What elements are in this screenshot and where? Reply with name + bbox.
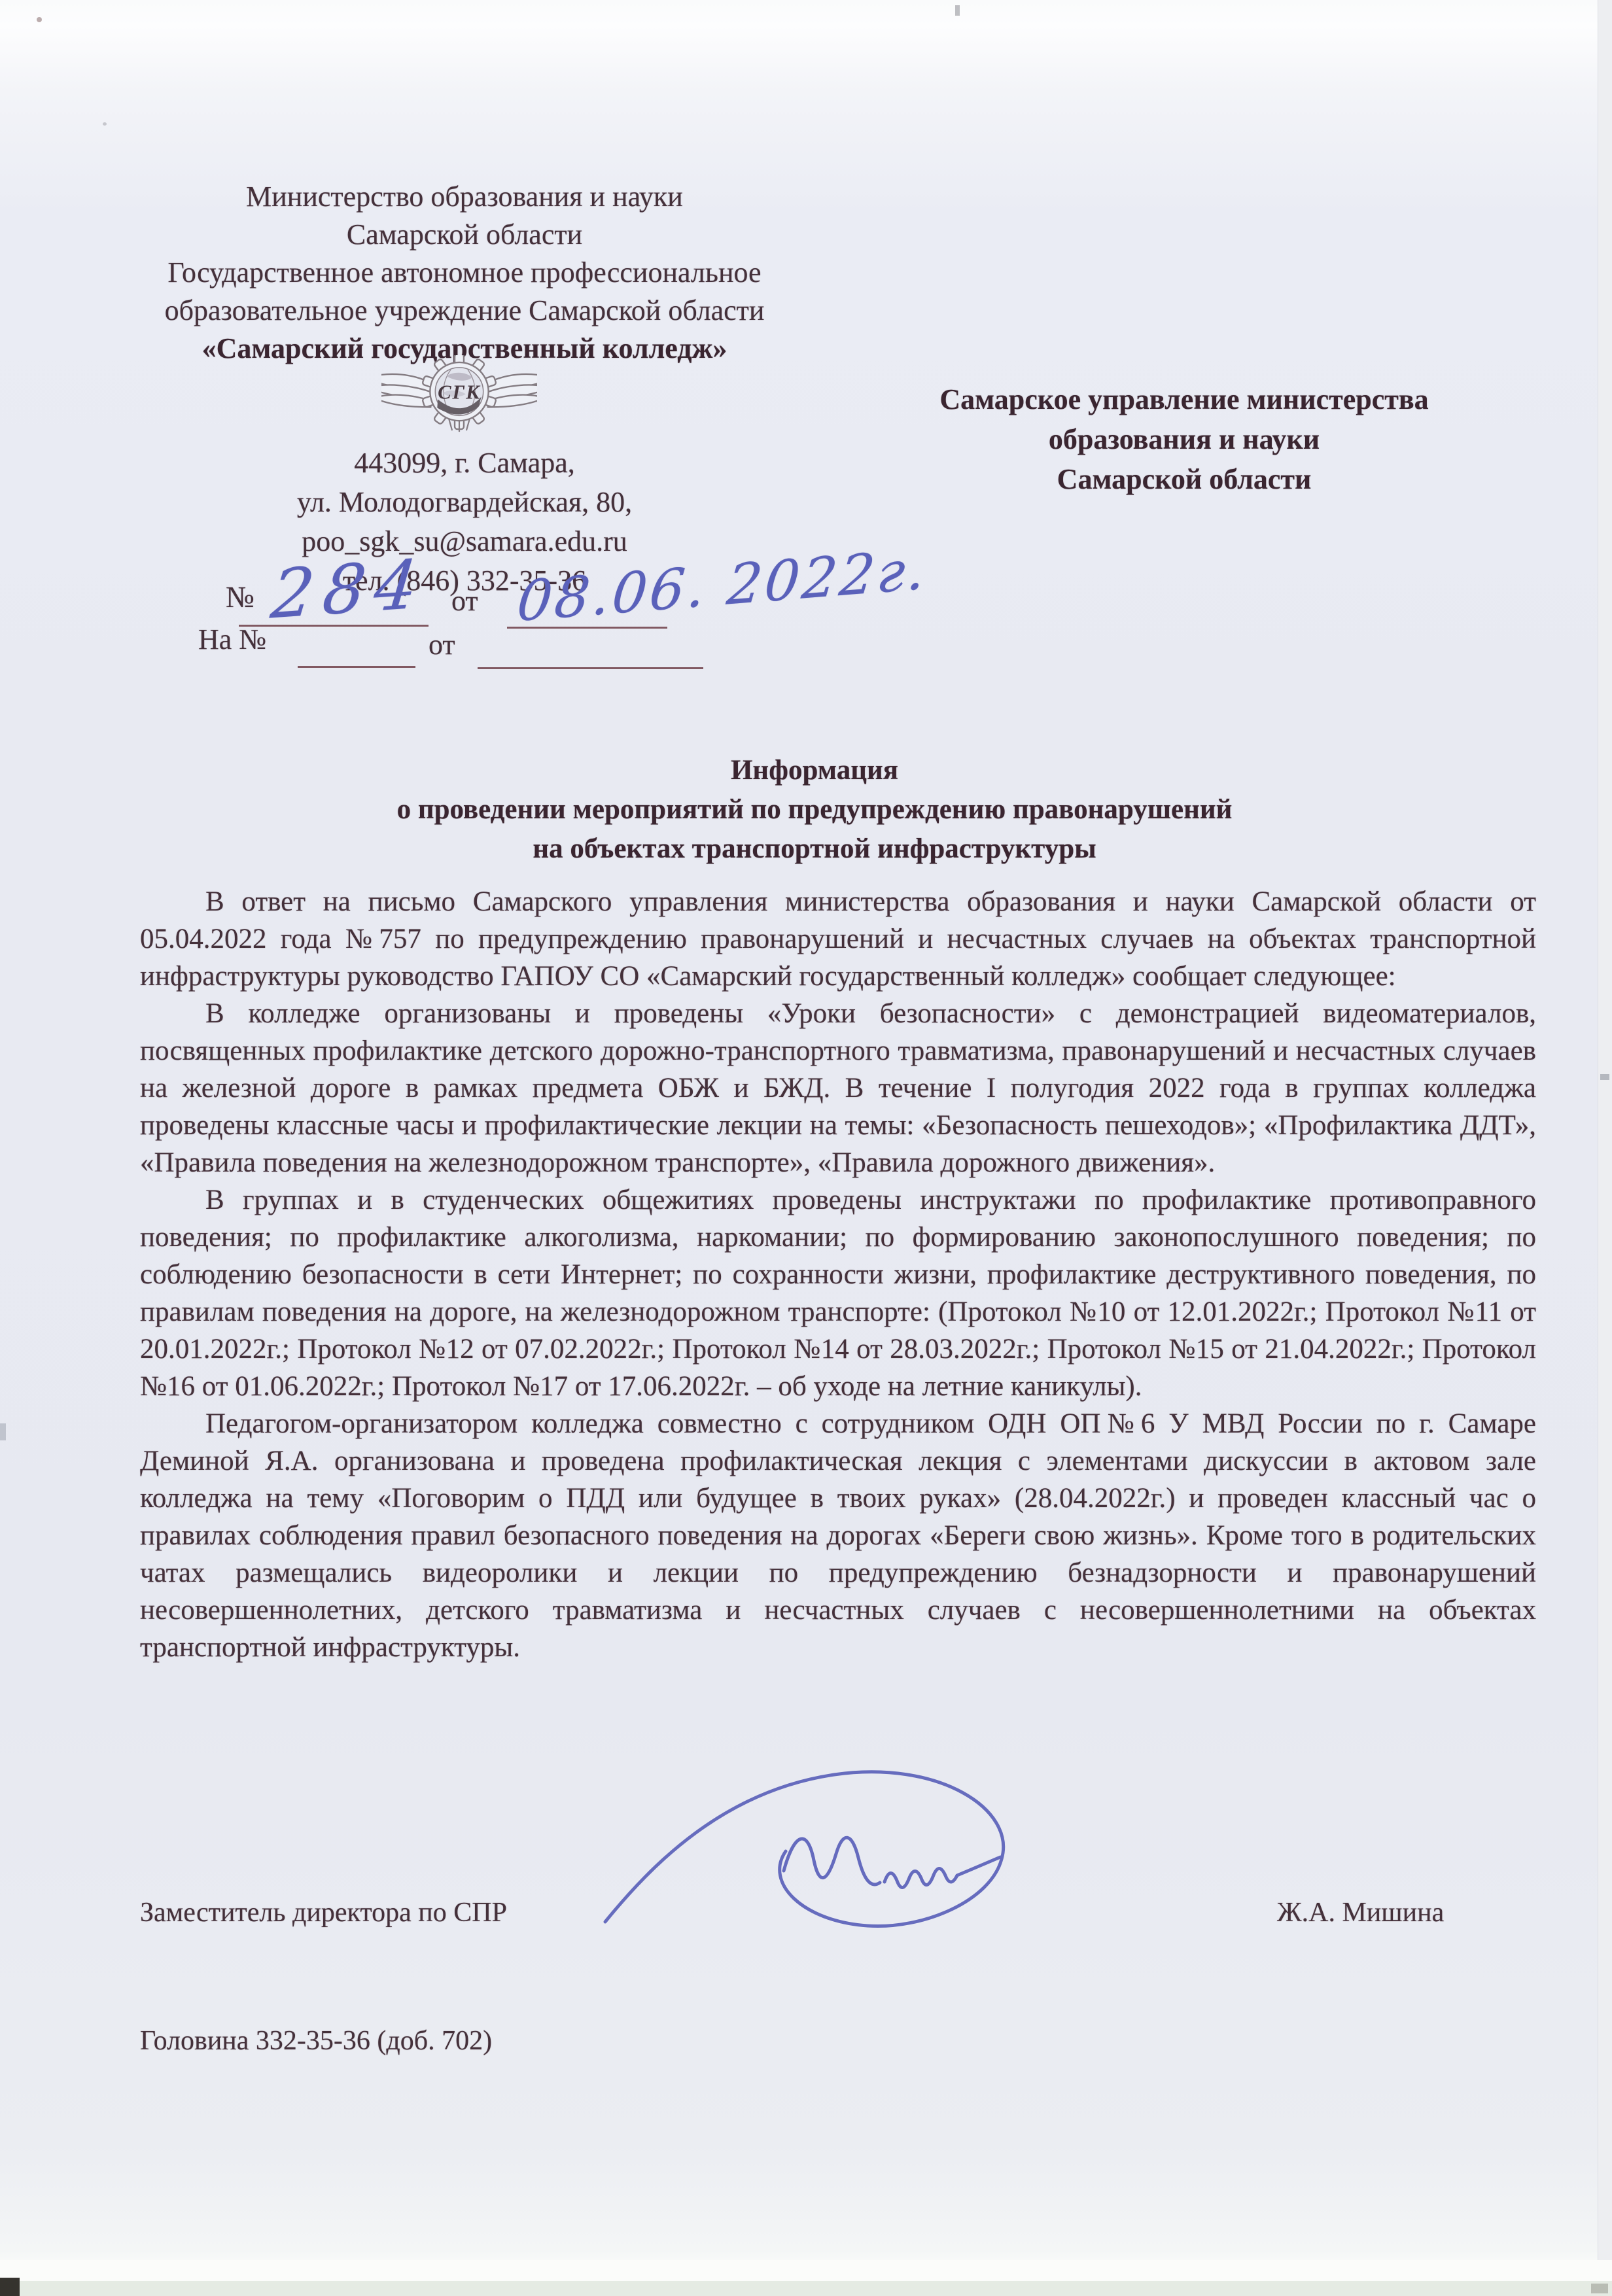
scan-corner-speck (1591, 2284, 1608, 2293)
college-emblem-logo: СГК (381, 355, 537, 441)
scan-speck (103, 122, 107, 126)
org-line-2: Самарской области (92, 216, 837, 254)
org-line-1: Министерство образования и науки (92, 178, 837, 216)
title-line-1: Информация (183, 751, 1446, 790)
addressee-block: Самарское управление министерства образо… (870, 379, 1498, 499)
addressee-line-1: Самарское управление министерства (870, 379, 1498, 419)
sender-letterhead: Министерство образования и науки Самарск… (92, 178, 837, 368)
scan-edge-speck (1600, 1074, 1609, 1080)
signer-position: Заместитель директора по СПР (140, 1897, 507, 1928)
org-line-4: образовательное учреждение Самарской обл… (92, 292, 837, 330)
number-label: № (226, 580, 254, 614)
scan-edge-tick (0, 1423, 6, 1440)
handwritten-number: 284 (268, 545, 430, 635)
reply-from-label: от (429, 628, 455, 661)
scanned-letter-page: Министерство образования и науки Самарск… (0, 0, 1612, 2296)
letter-body: В ответ на письмо Самарского управления … (140, 883, 1536, 1666)
paragraph-1: В ответ на письмо Самарского управления … (140, 883, 1536, 995)
address-line-2: ул. Молодогвардейская, 80, (92, 483, 837, 522)
winged-gear-globe-icon: СГК (381, 355, 537, 441)
date-underline (507, 627, 667, 629)
scan-bottom-strip (0, 2281, 1612, 2296)
from-label: от (451, 584, 478, 617)
paragraph-4: Педагогом-организатором колледжа совмест… (140, 1405, 1536, 1666)
handwritten-signature (586, 1753, 1129, 1956)
org-line-3: Государственное автономное профессиональ… (92, 254, 837, 292)
reply-label: На № (198, 623, 266, 656)
executor-contact: Головина 332-35-36 (доб. 702) (140, 2025, 492, 2057)
scan-speck (955, 5, 960, 16)
scan-corner-mark (0, 2278, 20, 2296)
paragraph-2: В колледже организованы и проведены «Уро… (140, 995, 1536, 1181)
scan-edge-strip (1598, 0, 1612, 2296)
signer-name: Ж.А. Мишина (1277, 1897, 1444, 1928)
scan-bottom-white-band (0, 2260, 1612, 2281)
reply-number-underline (298, 666, 415, 668)
title-line-2: о проведении мероприятий по предупрежден… (183, 790, 1446, 829)
addressee-line-2: образования и науки (870, 419, 1498, 459)
addressee-line-3: Самарской области (870, 459, 1498, 499)
scan-speck (37, 17, 42, 22)
document-title: Информация о проведении мероприятий по п… (183, 751, 1446, 869)
reply-date-underline (478, 667, 703, 669)
title-line-3: на объектах транспортной инфраструктуры (183, 829, 1446, 869)
paragraph-3: В группах и в студенческих общежитиях пр… (140, 1181, 1536, 1405)
number-underline (239, 625, 429, 627)
address-line-1: 443099, г. Самара, (92, 444, 837, 483)
logo-abbr-text: СГК (438, 381, 481, 403)
